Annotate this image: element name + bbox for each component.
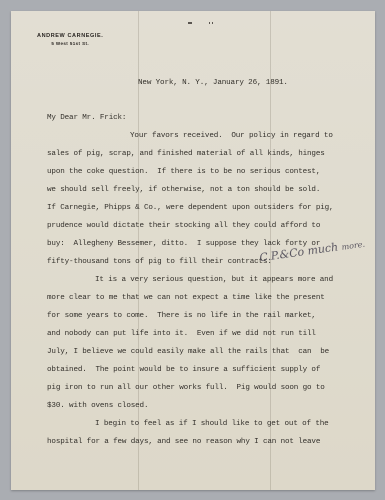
- body-line: It is a very serious question, but it ap…: [95, 275, 333, 285]
- ink-mark: [188, 22, 192, 24]
- annotation-tail: more.: [341, 240, 366, 252]
- body-line: prudence would dictate their stocking al…: [47, 221, 320, 231]
- letterhead-address: 5 West 51st St.: [37, 40, 103, 47]
- body-line: and nobody can put life into it. Even if…: [47, 329, 316, 339]
- body-line: sales of pig, scrap, and finished materi…: [47, 149, 325, 159]
- letterhead-name: ANDREW CARNEGIE.: [37, 33, 103, 40]
- body-line: If Carnegie, Phipps & Co., were dependen…: [47, 203, 333, 213]
- ink-mark: [212, 22, 213, 24]
- body-line: obtained. The point would be to insure a…: [47, 365, 320, 375]
- body-line: upon the coke question. If there is to b…: [47, 167, 320, 177]
- body-line: I begin to feel as if I should like to g…: [95, 419, 329, 429]
- body-line: fifty-thousand tons of pig to fill their…: [47, 257, 272, 267]
- body-line: hospital for a few days, and see no reas…: [47, 437, 320, 447]
- body-line: for some years to come. There is no life…: [47, 311, 316, 321]
- body-line: more clear to me that we can not expect …: [47, 293, 325, 303]
- date-line: New York, N. Y., January 26, 1891.: [138, 78, 288, 88]
- body-line: Your favors received. Our policy in rega…: [130, 131, 333, 141]
- body-line: July, I believe we could easily make all…: [47, 347, 329, 357]
- body-line: pig iron to run all our other works full…: [47, 383, 325, 393]
- body-line: we should sell freely, if otherwise, not…: [47, 185, 320, 195]
- body-line: $30. with ovens closed.: [47, 401, 148, 411]
- letter-page: ANDREW CARNEGIE. 5 West 51st St. New Yor…: [11, 11, 375, 490]
- letterhead: ANDREW CARNEGIE. 5 West 51st St.: [37, 33, 103, 47]
- ink-mark: [209, 22, 210, 24]
- salutation: My Dear Mr. Frick:: [47, 113, 126, 123]
